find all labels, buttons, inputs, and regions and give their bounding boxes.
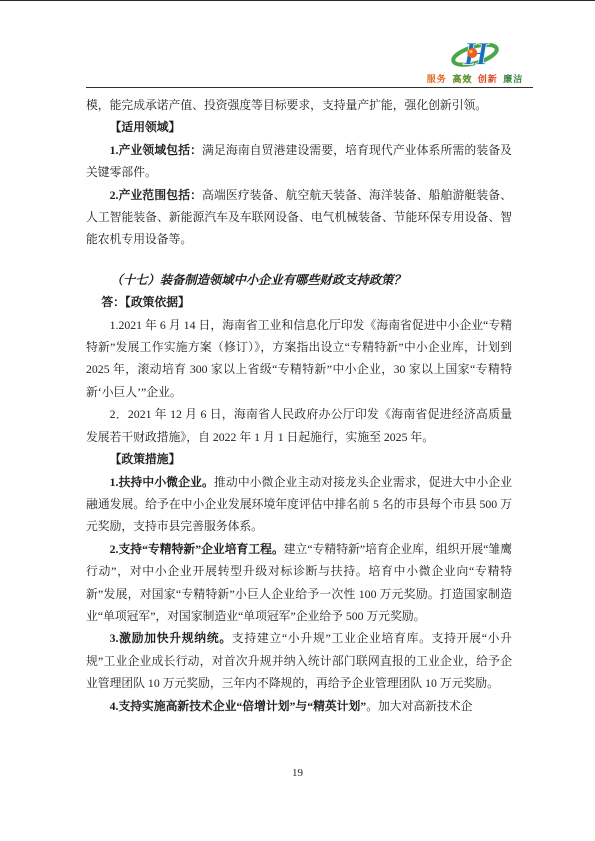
tagline-word-innovation: 创新 [478, 74, 498, 84]
policy-measures-label: 【政策措施】 [86, 448, 512, 470]
page-number: 19 [0, 767, 595, 779]
policy-measure-paragraph-4: 4.支持实施高新技术企业“倍增计划”与“精英计划”。加大对高新技术企 [86, 695, 512, 717]
continuation-paragraph: 模，能完成承诺产值、投资强度等目标要求，支持量产扩能，强化创新引领。 [86, 94, 512, 116]
policy-measure-paragraph-1: 1.扶持中小微企业。推动中小微企业主动对接龙头企业需求，促进大中小企业融通发展。… [86, 471, 512, 538]
answer-basis-line: 答：【政策依据】 [86, 291, 512, 313]
measure-2-lead: 2.支持“专精特新”企业培育工程。 [110, 542, 284, 556]
industry-scope-lead: 2.产业范围包括： [110, 188, 202, 202]
measure-4-lead: 4.支持实施高新技术企业“倍增计划”与“精英计划” [110, 699, 367, 713]
measure-3-lead: 3.激励加快升规纳统。 [110, 631, 232, 645]
question-heading: （十七）装备制造领域中小企业有哪些财政支持政策？ [86, 269, 512, 291]
hainan-logo: H 服务 高效 创新 廉洁 [418, 35, 532, 85]
policy-measure-paragraph-3: 3.激励加快升规纳统。支持建立“小升规”工业企业培育库。支持开展“小升规”工业企… [86, 627, 512, 694]
policy-measure-paragraph-2: 2.支持“专精特新”企业培育工程。建立“专精特新”培育企业库，组织开展“雏鹰行动… [86, 538, 512, 628]
tagline-word-service: 服务 [427, 74, 447, 84]
policy-basis-label: 【政策依据】 [125, 295, 190, 309]
measure-1-lead: 1.扶持中小微企业。 [110, 475, 214, 489]
measure-4-text: 。加大对高新技术企 [366, 699, 472, 713]
industry-field-lead: 1.产业领域包括： [110, 143, 202, 157]
header-divider [86, 87, 533, 88]
document-body: 模，能完成承诺产值、投资强度等目标要求，支持量产扩能，强化创新引领。 【适用领域… [86, 94, 512, 717]
answer-label: 答： [101, 295, 125, 309]
applicable-section-label: 【适用领域】 [86, 116, 512, 138]
tagline-word-integrity: 廉洁 [503, 74, 523, 84]
tagline-word-efficiency: 高效 [452, 74, 472, 84]
industry-field-item: 1.产业领域包括：满足海南自贸港建设需要，培育现代产业体系所需的装备及关键零部件… [86, 139, 512, 184]
industry-scope-item: 2.产业范围包括：高端医疗装备、航空航天装备、海洋装备、船舶游艇装备、人工智能装… [86, 184, 512, 251]
logo-tagline: 服务 高效 创新 廉洁 [418, 72, 532, 85]
document-page: H 服务 高效 创新 廉洁 模，能完成承诺产值、投资强度等目标要求，支持量产扩能… [0, 0, 595, 841]
logo-h-icon: H [445, 35, 505, 71]
policy-basis-paragraph-1: 1.2021 年 6 月 14 日，海南省工业和信息化厅印发《海南省促进中小企业… [86, 314, 512, 404]
policy-basis-paragraph-2: 2．2021 年 12 月 6 日，海南省人民政府办公厅印发《海南省促进经济高质… [86, 403, 512, 448]
